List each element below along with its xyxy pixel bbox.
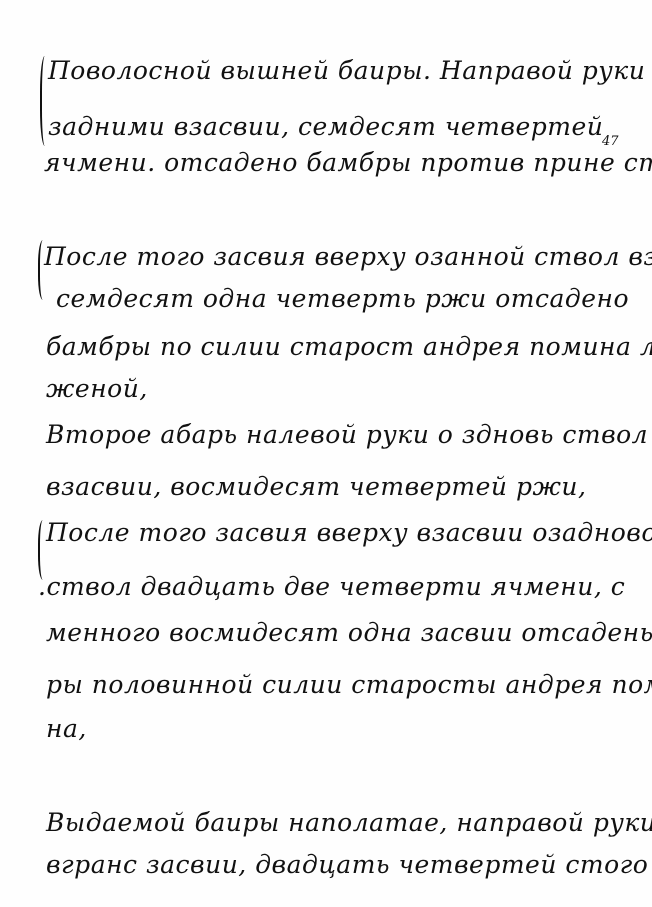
manuscript-line: После того засвия вверху взасвии озаднов… [46,520,652,545]
manuscript-line: Поволосной вышней баиры. Направой руки [48,58,645,83]
manuscript-line: бамбры по силии старост андрея помина ло [46,334,652,359]
manuscript-line: ячмени. отсадено бамбры против прине стг… [44,150,652,175]
manuscript-line: ры половинной силии старосты андрея поми [46,672,652,697]
initial-flourish [40,56,52,146]
initial-flourish [38,240,50,300]
manuscript-line: .ствол двадцать две четверти ячмени, с [38,574,625,599]
initial-flourish [38,520,50,580]
manuscript-line: Выдаемой баиры наполатае, направой руки [46,810,652,835]
manuscript-line: взасвии, восмидесят четвертей ржи, [46,474,586,499]
manuscript-line: семдесят одна четверть ржи отсадено [56,286,629,311]
manuscript-line: После того засвия вверху озанной ствол в… [44,244,652,269]
manuscript-line: Второе абарь налевой руки о здновь ствол [46,422,648,447]
margin-note: 47 [602,134,619,149]
manuscript-line: задними взасвии, семдесят четвертей [48,114,603,139]
manuscript-line: вгранс засвии, двадцать четвертей стого [46,852,648,877]
manuscript-page: Поволосной вышней баиры. Направой руки з… [0,0,652,907]
manuscript-line: менного восмидесят одна засвии отсадены … [46,620,652,645]
manuscript-line: на, [46,716,87,741]
manuscript-line: женой, [46,376,148,401]
